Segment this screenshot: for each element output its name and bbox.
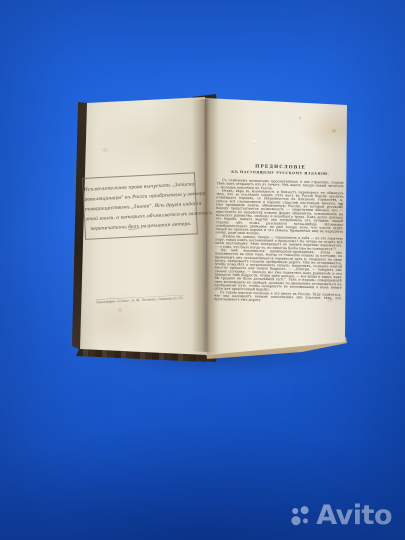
preface-text-block: ПРЕДИСЛОВІЕ КЪ НАСТОЯЩЕМУ РУССКОМУ ИЗДАН… (214, 163, 344, 304)
preface-paragraph: Но мнѣ вспомнился швейцарецъ-проводникъ:… (214, 249, 342, 294)
preface-paragraph: Съ такою мыслью посылаю я эту книгу въ Р… (214, 291, 341, 304)
preface-subheading: КЪ НАСТОЯЩЕМУ РУССКОМУ ИЗДАНІЮ. (217, 170, 344, 176)
avito-logo-icon (290, 505, 311, 526)
avito-wordmark: Avito (316, 502, 392, 529)
listing-photo: Исключительное право выпускать „Записки … (0, 0, 405, 540)
notice-text: Исключительное право выпускать „Записки … (84, 179, 197, 234)
avito-watermark: Avito (290, 502, 392, 529)
preface-paragraph: Итакъ, вѣра въ возможность и близость пе… (215, 189, 343, 237)
notice-border: Исключительное право выпускать „Записки … (82, 172, 198, 240)
preface-page-text: ПРЕДИСЛОВІЕ КЪ НАСТОЯЩЕМУ РУССКОМУ ИЗДАН… (214, 163, 344, 321)
notice-underlined-word: безъ (128, 223, 139, 229)
notice-line5-pre: перепечатаны (90, 224, 128, 231)
copyright-notice-box: Исключительное право выпускать „Записки … (82, 172, 198, 240)
notice-line5-post: разрѣшенія автора. (139, 220, 192, 228)
